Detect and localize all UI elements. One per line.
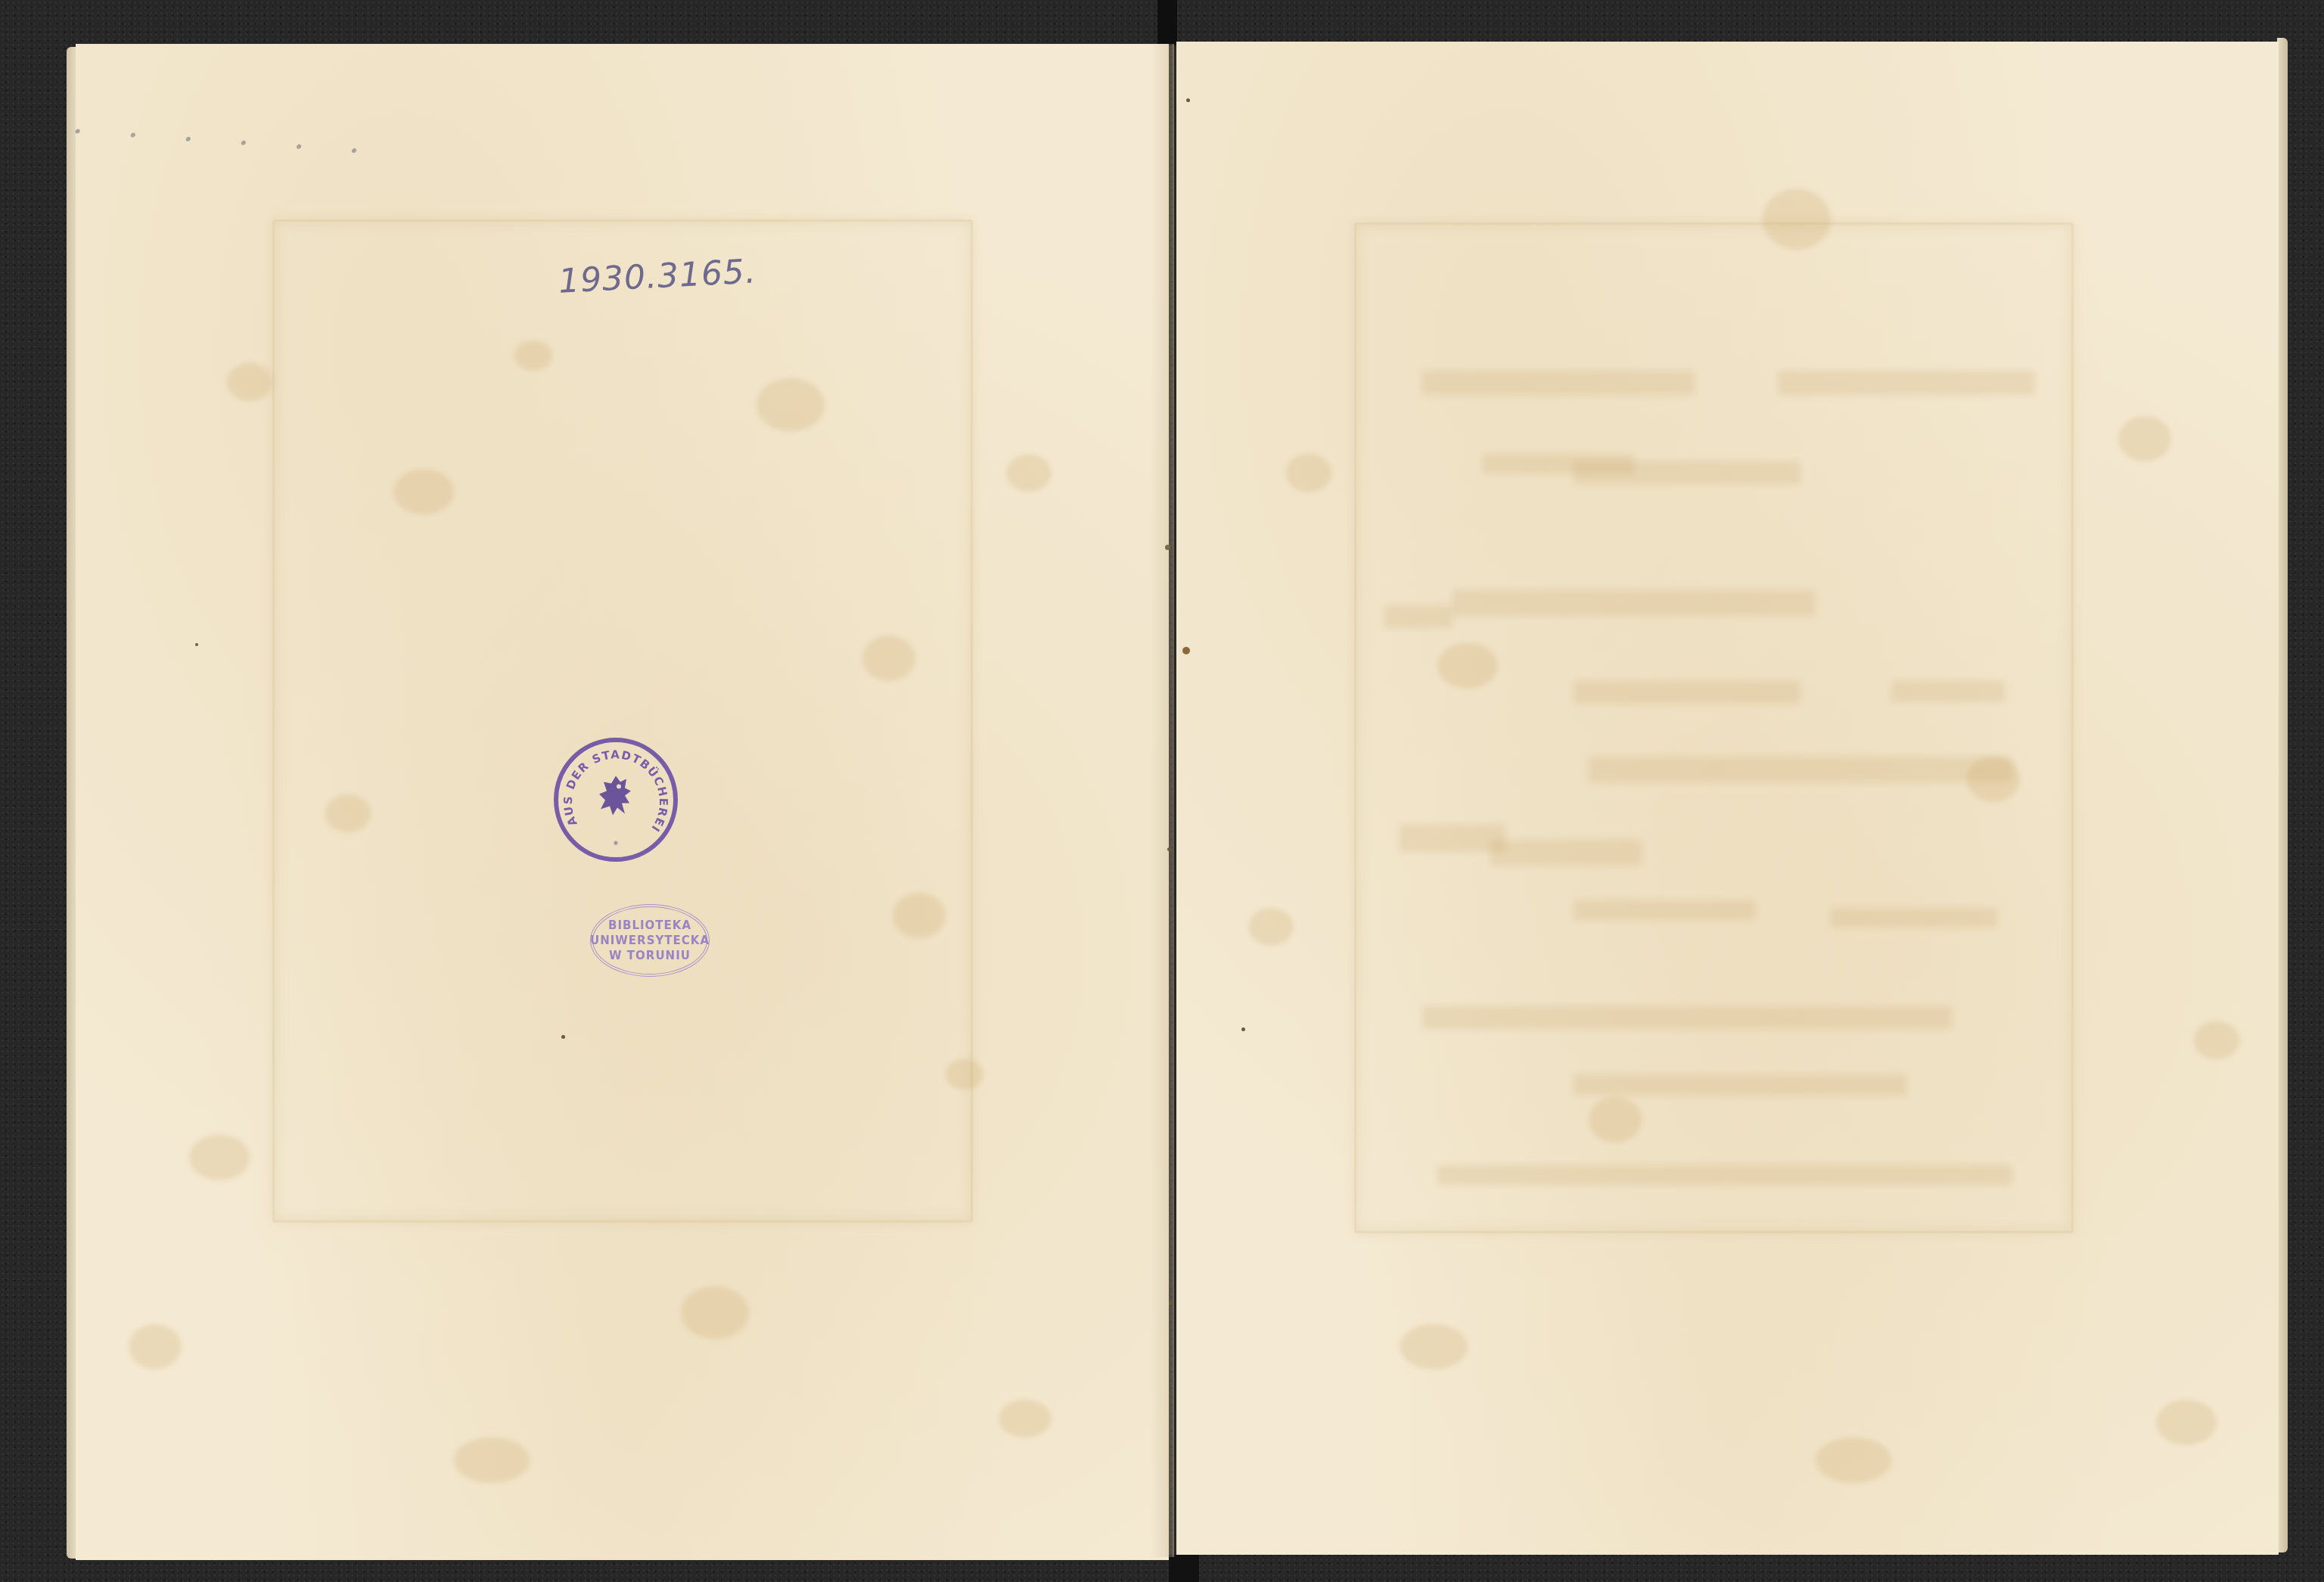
right-page (1176, 42, 2279, 1555)
right-page-stack-edge (2277, 38, 2288, 1552)
gutter-top-shadow (1157, 0, 1177, 45)
stamp-oval-line-3: W TORUNIU (609, 948, 691, 963)
gutter-fold-line (1173, 44, 1174, 1557)
biblioteka-uniwersytecka-stamp: BIBLIOTEKA UNIWERSYTECKA W TORUNIU (590, 904, 710, 977)
stadtbuecherei-stettin-stamp: AUS DER STADTBÜCHEREI STETTIN * (554, 738, 678, 862)
gutter-shade (1150, 44, 1173, 1557)
stamp-oval-line-2: UNIWERSYTECKA (590, 933, 710, 948)
stamp-oval-line-1: BIBLIOTEKA (608, 918, 691, 933)
svg-text:*: * (614, 839, 619, 851)
griffin-emblem-icon (595, 773, 637, 827)
left-plate-mark (272, 219, 973, 1223)
gutter-bottom-shadow (1169, 1555, 1199, 1582)
